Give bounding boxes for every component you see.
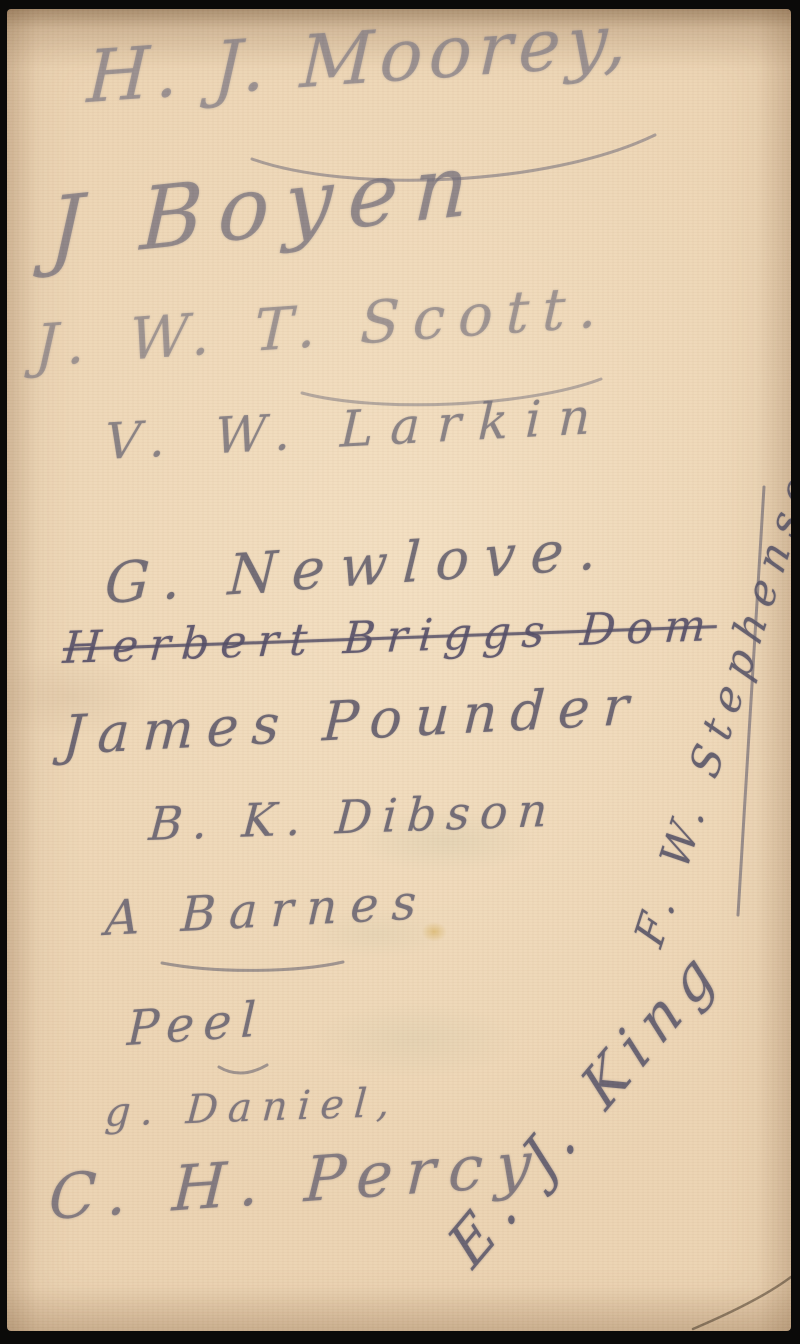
- signature-e-j-king: E. J. King: [439, 935, 730, 1277]
- signature-james-pounder: James Pounder: [62, 679, 643, 764]
- signature-j-boyen: J Boyen: [47, 141, 484, 273]
- autograph-page: H. J. Moorey, J Boyen J. W. T. Scott. V.…: [7, 9, 791, 1331]
- signature-g-newlove: G. Newlove.: [104, 521, 613, 613]
- signature-v-w-larkin: V. W. Larkin: [104, 391, 608, 467]
- signature-a-barnes: A Barnes: [104, 878, 430, 943]
- page-corner-curl-line: [693, 1277, 791, 1329]
- flourish-barnes-underline: [162, 962, 343, 970]
- scanned-photo: { "page": { "kind": "autograph album pag…: [0, 0, 800, 1344]
- signature-h-j-moorey: H. J. Moorey,: [86, 9, 634, 113]
- signature-herbert-briggs-crossed-out: Herbert Briggs Dom: [61, 604, 718, 671]
- signature-j-w-t-scott: J. W. T. Scott.: [34, 277, 611, 375]
- signature-b-k-dibson: B. K. Dibson: [147, 787, 559, 847]
- signature-peel: Peel: [126, 995, 266, 1053]
- flourish-peel-underline: [219, 1065, 267, 1073]
- signature-g-daniel: g. Daniel,: [104, 1083, 401, 1133]
- signature-f-w-stephenson: F. W. Stephenson: [629, 424, 791, 953]
